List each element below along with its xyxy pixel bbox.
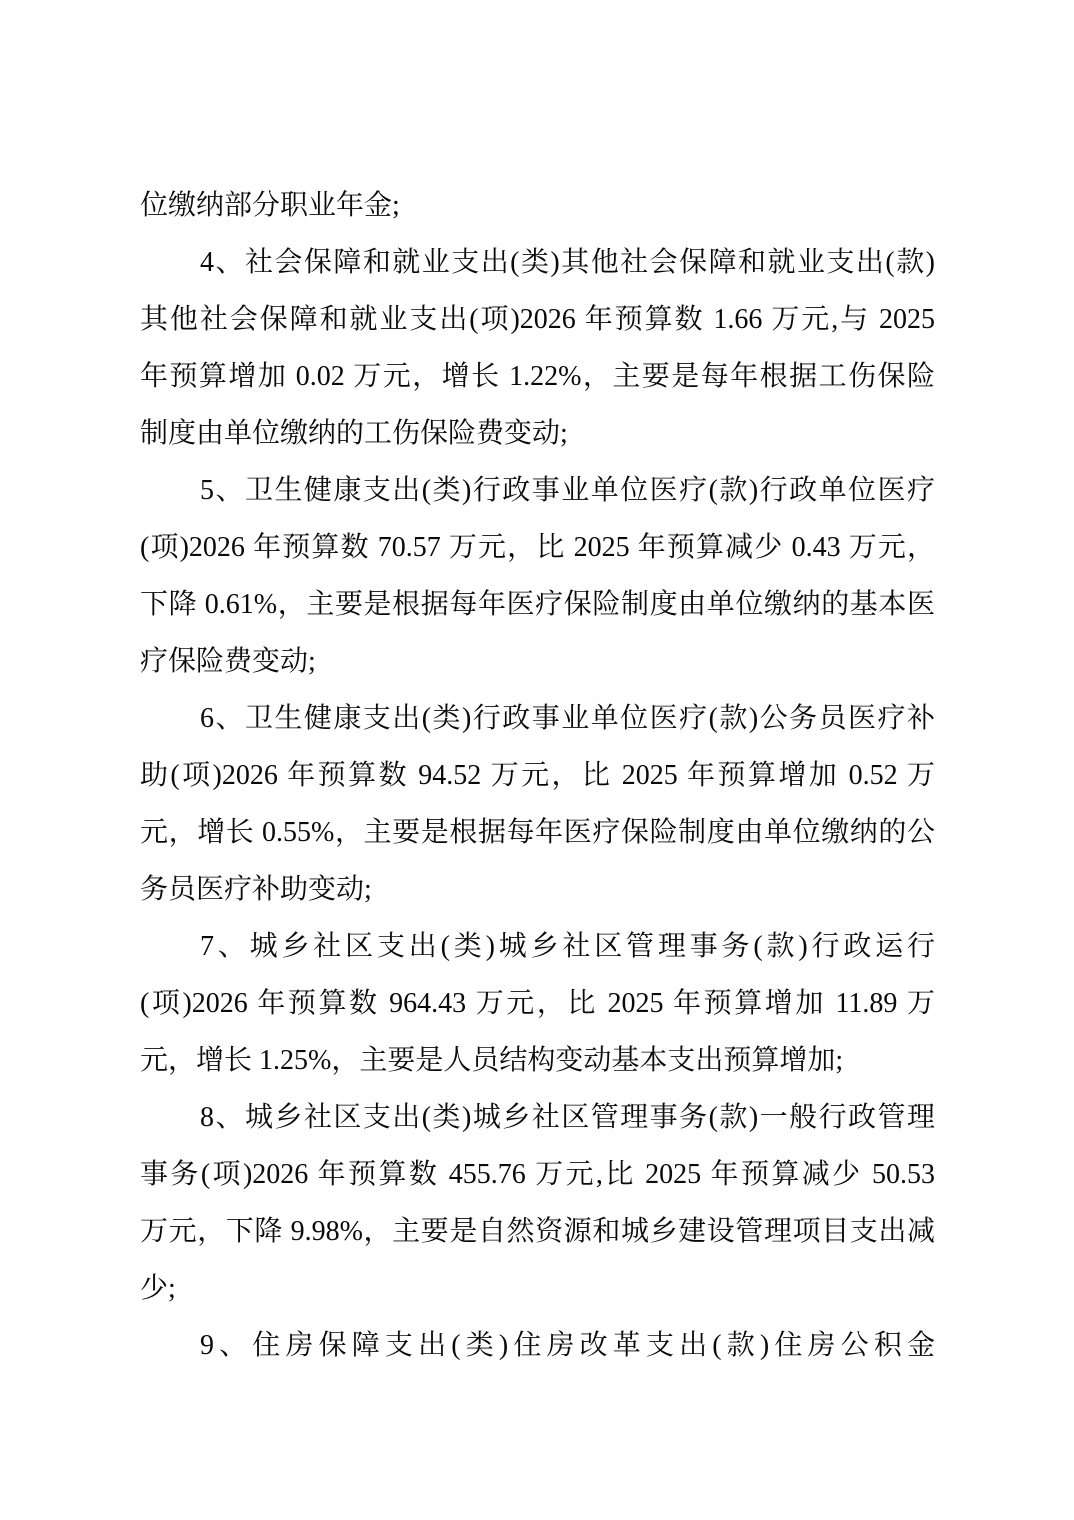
text-line: 7、城乡社区支出(类)城乡社区管理事务(款)行政运行 <box>140 918 935 975</box>
text-line: 9、住房保障支出(类)住房改革支出(款)住房公积金 <box>140 1317 935 1374</box>
text-line: 疗保险费变动; <box>140 633 935 690</box>
text-line: 年预算增加 0.02 万元，增长 1.22%，主要是每年根据工伤保险 <box>140 348 935 405</box>
text-line: 4、社会保障和就业支出(类)其他社会保障和就业支出(款) <box>140 234 935 291</box>
text-block: 位缴纳部分职业年金;4、社会保障和就业支出(类)其他社会保障和就业支出(款)其他… <box>140 177 935 1374</box>
text-line: 其他社会保障和就业支出(项)2026 年预算数 1.66 万元,与 2025 <box>140 291 935 348</box>
text-line: 助(项)2026 年预算数 94.52 万元，比 2025 年预算增加 0.52… <box>140 747 935 804</box>
document-page: 位缴纳部分职业年金;4、社会保障和就业支出(类)其他社会保障和就业支出(款)其他… <box>0 0 1074 1520</box>
text-line: 8、城乡社区支出(类)城乡社区管理事务(款)一般行政管理 <box>140 1089 935 1146</box>
text-line: 6、卫生健康支出(类)行政事业单位医疗(款)公务员医疗补 <box>140 690 935 747</box>
text-line: 务员医疗补助变动; <box>140 861 935 918</box>
text-line: 事务(项)2026 年预算数 455.76 万元,比 2025 年预算减少 50… <box>140 1146 935 1203</box>
text-line: 元，增长 1.25%，主要是人员结构变动基本支出预算增加; <box>140 1032 935 1089</box>
text-line: (项)2026 年预算数 70.57 万元，比 2025 年预算减少 0.43 … <box>140 519 935 576</box>
text-line: 下降 0.61%，主要是根据每年医疗保险制度由单位缴纳的基本医 <box>140 576 935 633</box>
text-line: (项)2026 年预算数 964.43 万元，比 2025 年预算增加 11.8… <box>140 975 935 1032</box>
text-line: 5、卫生健康支出(类)行政事业单位医疗(款)行政单位医疗 <box>140 462 935 519</box>
text-line: 万元，下降 9.98%，主要是自然资源和城乡建设管理项目支出减 <box>140 1203 935 1260</box>
text-line: 少; <box>140 1260 935 1317</box>
text-line: 制度由单位缴纳的工伤保险费变动; <box>140 405 935 462</box>
text-line: 元，增长 0.55%，主要是根据每年医疗保险制度由单位缴纳的公 <box>140 804 935 861</box>
text-line: 位缴纳部分职业年金; <box>140 177 935 234</box>
